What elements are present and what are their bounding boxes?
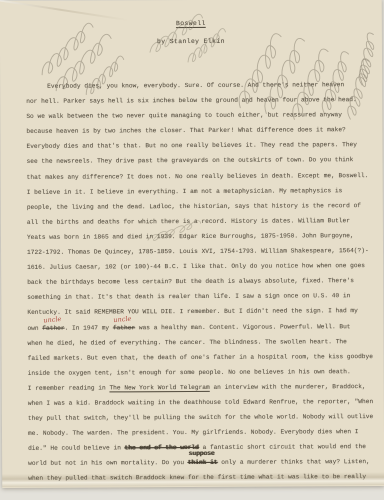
typescript-line: they pull that switch, they'll be pullin… bbox=[28, 409, 364, 426]
typescript-text: only a murderer thinks that way? Listen, bbox=[218, 458, 370, 466]
typescript-text: Kentucky. It said REMEMBER YOU WILL DIE.… bbox=[27, 308, 358, 317]
typescript-text: something in that. It's that death is re… bbox=[27, 292, 350, 301]
typescript-text: inside the oxygen tent, isn't enough for… bbox=[28, 368, 351, 377]
typescript-line: Yeats was born in 1865 and died in 1939.… bbox=[27, 228, 363, 245]
typescript-line: something in that. It's that death is re… bbox=[27, 288, 363, 305]
typescript-text: fatheruncle bbox=[113, 324, 135, 331]
typescript-line: Kentucky. It said REMEMBER YOU WILL DIE.… bbox=[27, 304, 363, 321]
typescript-line: own fatheruncle. In 1947 my fatheruncle … bbox=[27, 319, 363, 336]
typescript-text: because heaven is by two inches the clos… bbox=[26, 126, 345, 135]
typescript-line: I believe in it. I believe in everything… bbox=[27, 183, 363, 200]
typescript-text: failed markets. But even that, the death… bbox=[28, 353, 373, 362]
typescript-text: was a healthy man. Content. Vigorous. Po… bbox=[135, 323, 350, 331]
typescript-text: nor hell. Parker says hell is six inches… bbox=[26, 96, 357, 105]
typescript-line: when I was a kid. Braddock waiting in th… bbox=[28, 394, 364, 411]
typescript-text: The New York World Telegram bbox=[109, 384, 209, 392]
typescript-text: 1722-1792. Thomas De Quincey, 1785-1859.… bbox=[27, 247, 369, 256]
typescript-line: Everybody dies, you know, everybody. Sur… bbox=[26, 77, 362, 94]
paper-fold-line bbox=[2, 472, 384, 487]
typescript-text: So we walk between the two never quite m… bbox=[26, 111, 342, 120]
typescript-text: me. Nobody. The warden. The president. Y… bbox=[28, 428, 359, 437]
typescript-text: that makes any difference? It does not. … bbox=[27, 172, 369, 181]
typescript-text: die." He could believe in bbox=[28, 445, 125, 453]
typescript-text: I remember reading in bbox=[28, 384, 110, 391]
typescript-line: that makes any difference? It does not. … bbox=[27, 168, 363, 185]
typescript-text: back the birthdays become less certain? … bbox=[27, 277, 354, 286]
typescript-line: me. Nobody. The warden. The president. Y… bbox=[28, 424, 364, 441]
page-byline: by Stanley Elkin bbox=[0, 37, 382, 46]
typescript-line: failed markets. But even that, the death… bbox=[28, 349, 364, 366]
typescript-text: . In 1947 my bbox=[65, 324, 113, 331]
typescript-line: nor hell. Parker says hell is six inches… bbox=[26, 92, 362, 109]
typescript-line: back the birthdays become less certain? … bbox=[27, 273, 363, 290]
typescript-text: Everybody dies and that's that. But no o… bbox=[26, 142, 357, 151]
typescript-text: they pull that switch, they'll be pullin… bbox=[28, 413, 373, 422]
typescript-line: inside the oxygen tent, isn't enough for… bbox=[28, 364, 364, 381]
typescript-line: 1722-1792. Thomas De Quincey, 1785-1859.… bbox=[27, 243, 363, 260]
handwritten-correction: uncle bbox=[113, 314, 132, 324]
typescript-text: when he died, he died of everything. The… bbox=[28, 338, 347, 347]
typescript-text: own bbox=[27, 324, 42, 331]
typescript-body: Everybody dies, you know, everybody. Sur… bbox=[26, 77, 364, 486]
typescript-text: fatheruncle bbox=[42, 324, 64, 331]
typescript-text: world but not in his own mortality. Do y… bbox=[28, 459, 188, 467]
typescript-text: all the births and deaths for which ther… bbox=[27, 217, 350, 226]
manuscript-page: Boswell by Stanley Elkin Everybody dies,… bbox=[0, 0, 384, 488]
typescript-line: all the births and deaths for which ther… bbox=[27, 213, 363, 230]
typescript-text: when I was a kid. Braddock waiting in th… bbox=[28, 398, 373, 407]
typescript-text: I believe in it. I believe in everything… bbox=[27, 187, 343, 196]
typescript-line: when he died, he died of everything. The… bbox=[27, 334, 363, 351]
typescript-text: Everybody dies, you know, everybody. Sur… bbox=[47, 81, 344, 90]
typescript-text: see the newsreels. They drive past the g… bbox=[27, 157, 354, 166]
typescript-line: I remember reading in The New York World… bbox=[28, 379, 364, 396]
typescript-line: because heaven is by two inches the clos… bbox=[26, 122, 362, 139]
typescript-line: world but not in his own mortality. Do y… bbox=[28, 454, 364, 471]
typescript-line: people, the living and the dead. Ladloc,… bbox=[27, 198, 363, 215]
typescript-text: think itsuppose bbox=[188, 459, 218, 466]
page-title: Boswell bbox=[0, 19, 382, 28]
typescript-text: people, the living and the dead. Ladloc,… bbox=[27, 202, 361, 211]
typescript-text: an interview with the murderer, Braddock… bbox=[210, 383, 366, 391]
typed-correction: suppose bbox=[189, 450, 215, 458]
typescript-line: see the newsreels. They drive past the g… bbox=[27, 153, 363, 170]
typescript-text: Yeats was born in 1865 and died in 1939.… bbox=[27, 232, 354, 241]
paper-crease bbox=[0, 0, 129, 21]
typescript-line: So we walk between the two never quite m… bbox=[26, 107, 362, 124]
typescript-line: Everybody dies and that's that. But no o… bbox=[26, 137, 362, 154]
handwritten-correction: uncle bbox=[43, 314, 62, 324]
typescript-text: 1616. Julius Caesar, 102 (or 100)-44 B.C… bbox=[27, 262, 365, 271]
typescript-text: a fantastic short circuit that would end… bbox=[199, 443, 366, 451]
typescript-line: 1616. Julius Caesar, 102 (or 100)-44 B.C… bbox=[27, 258, 363, 275]
typescript-text: the end of the world bbox=[125, 444, 199, 451]
